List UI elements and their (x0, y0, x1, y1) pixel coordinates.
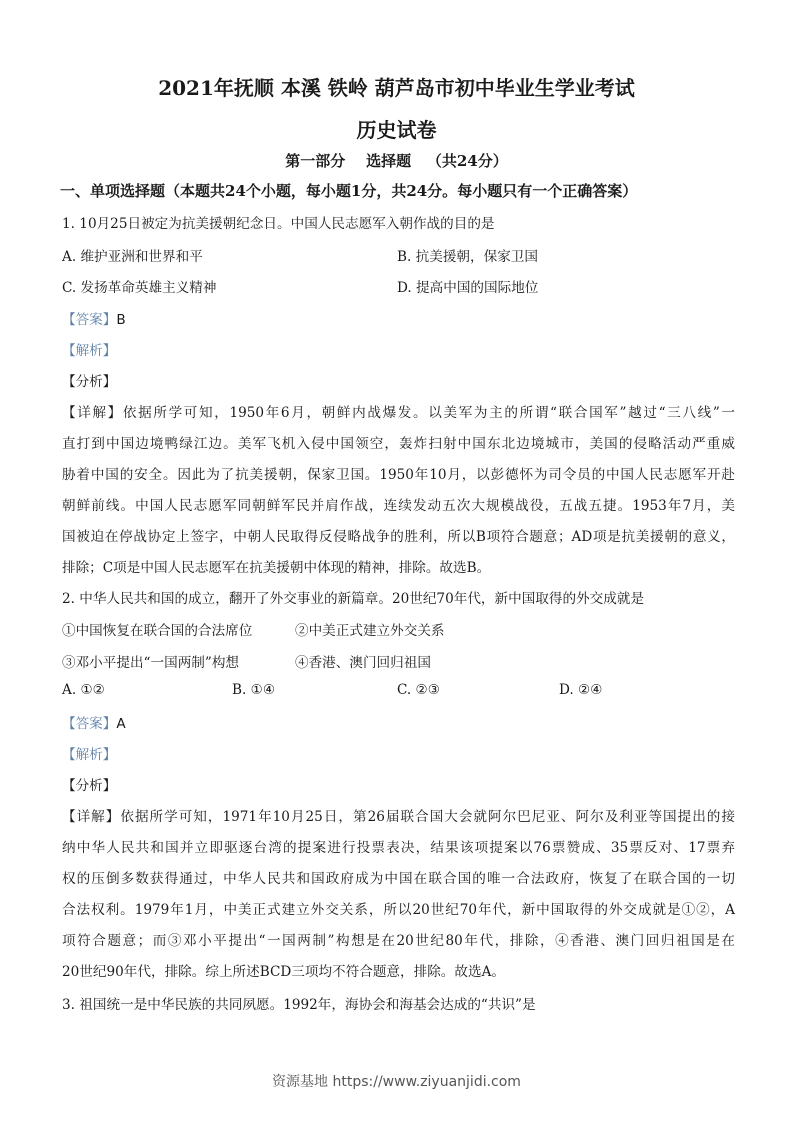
question-2-item-2: ②中美正式建立外交关系 (295, 619, 445, 639)
question-1-analysis-label: 【解析】 (62, 339, 116, 359)
question-3-stem: 3. 祖国统一是中华民族的共同夙愿。1992年，海协会和海基会达成的“共识”是 (62, 993, 536, 1013)
answer-value: B (116, 312, 125, 328)
section-heading: 一、单项选择题（本题共24个小题，每小题1分，共24分。每小题只有一个正确答案） (60, 180, 637, 201)
question-1-detail-line-4: 朝鲜前线。中国人民志愿军同朝鲜军民并肩作战，连续发动五次大规模战役，五战五捷。1… (62, 494, 735, 514)
question-1-option-c: C. 发扬革命英雄主义精神 (62, 276, 217, 296)
question-2-detail-line-4: 合法权利。1979年1月，中美正式建立外交关系，所以20世纪70年代，新中国取得… (62, 898, 735, 918)
question-1-fenxi-label: 【分析】 (62, 370, 116, 390)
part-heading: 第一部分 选择题 （共24分） (0, 150, 793, 171)
answer-label: 【答案】 (62, 716, 116, 732)
question-1-detail-line-5: 国被迫在停战协定上签字，中朝人民取得反侵略战争的胜利，所以B项符合题意；AD项是… (62, 525, 735, 545)
question-1-detail-line-1: 【详解】依据所学可知，1950年6月，朝鲜内战爆发。以美军为主的所谓“联合国军”… (62, 401, 735, 421)
detail-label: 【详解】 (62, 405, 123, 421)
question-2-detail-line-6: 20世纪90年代，排除。综上所述BCD三项均不符合题意，排除。故选A。 (62, 960, 735, 980)
question-2-answer: 【答案】A (62, 712, 126, 732)
question-1-option-b: B. 抗美援朝，保家卫国 (397, 245, 538, 265)
exam-subtitle: 历史试卷 (0, 114, 793, 143)
question-2-detail-line-2: 纳中华人民共和国并立即驱逐台湾的提案进行投票表决，结果该项提案以76票赞成、35… (62, 836, 735, 856)
question-2-option-b: B. ①④ (232, 682, 275, 698)
exam-title: 2021年抚顺 本溪 铁岭 葫芦岛市初中毕业生学业考试 (0, 72, 793, 101)
answer-label: 【答案】 (62, 312, 116, 328)
question-2-analysis-label: 【解析】 (62, 743, 116, 763)
question-2-detail-line-1: 【详解】依据所学可知，1971年10月25日，第26届联合国大会就阿尔巴尼亚、阿… (62, 805, 735, 825)
question-1-answer: 【答案】B (62, 308, 126, 328)
question-2-option-d: D. ②④ (559, 682, 602, 698)
question-2-stem: 2. 中华人民共和国的成立，翻开了外交事业的新篇章。20世纪70年代，新中国取得… (62, 587, 644, 607)
question-1-option-d: D. 提高中国的国际地位 (397, 276, 538, 296)
question-2-item-3: ③邓小平提出“一国两制”构想 (62, 651, 239, 671)
footer-watermark: 资源基地 https://www.ziyuanjidi.com (0, 1071, 793, 1091)
question-2-detail-line-5: 项符合题意；而③邓小平提出“一国两制”构想是在20世纪80年代，排除，④香港、澳… (62, 929, 735, 949)
detail-label: 【详解】 (62, 809, 120, 825)
question-2-fenxi-label: 【分析】 (62, 774, 116, 794)
question-2-detail-line-3: 权的压倒多数获得通过，中华人民共和国政府成为中国在联合国的唯一合法政府，恢复了在… (62, 867, 735, 887)
question-2-item-1: ①中国恢复在联合国的合法席位 (62, 619, 252, 639)
exam-page: 2021年抚顺 本溪 铁岭 葫芦岛市初中毕业生学业考试 历史试卷 第一部分 选择… (0, 0, 793, 1122)
question-2-option-c: C. ②③ (397, 682, 440, 698)
answer-value: A (116, 716, 125, 732)
question-1-detail-line-3: 胁着中国的安全。因此为了抗美援朝，保家卫国。1950年10月，以彭德怀为司令员的… (62, 463, 735, 483)
question-1-detail-line-6: 排除；C项是中国人民志愿军在抗美援朝中体现的精神，排除。故选B。 (62, 556, 735, 576)
question-1-stem: 1. 10月25日被定为抗美援朝纪念日。中国人民志愿军入朝作战的目的是 (62, 212, 495, 232)
question-1-detail-line-2: 直打到中国边境鸭绿江边。美军飞机入侵中国领空，轰炸扫射中国东北边境城市，美国的侵… (62, 432, 735, 452)
question-2-option-a: A. ①② (62, 682, 105, 698)
question-2-item-4: ④香港、澳门回归祖国 (295, 651, 431, 671)
question-1-option-a: A. 维护亚洲和世界和平 (62, 245, 203, 265)
